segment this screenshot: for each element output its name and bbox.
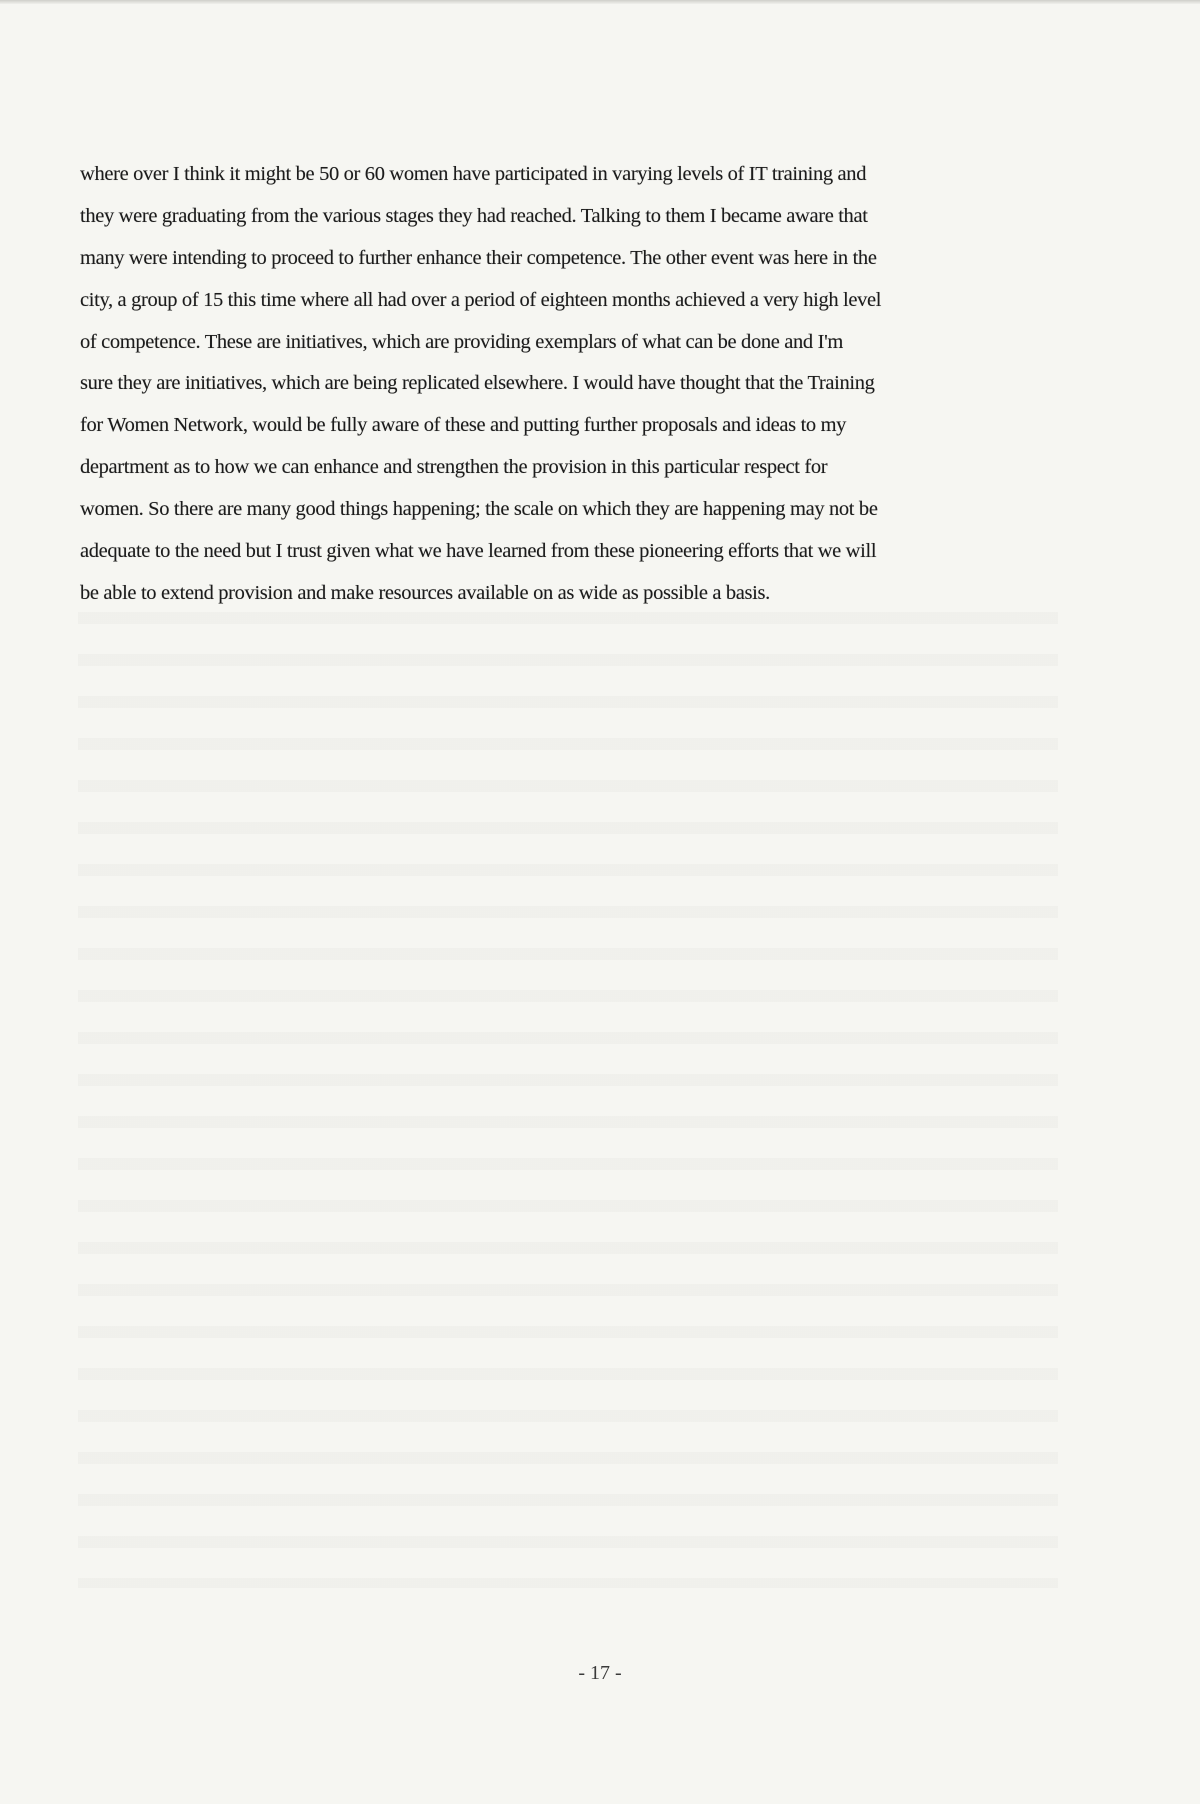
- page-number: - 17 -: [0, 1662, 1200, 1685]
- text-line: for Women Network, would be fully aware …: [80, 409, 1060, 451]
- text-line: be able to extend provision and make res…: [80, 577, 1060, 619]
- body-text: where over I think it might be 50 or 60 …: [80, 158, 1060, 619]
- text-line: women. So there are many good things hap…: [80, 493, 1060, 535]
- text-line: of competence. These are initiatives, wh…: [80, 326, 1060, 368]
- text-line: sure they are initiatives, which are bei…: [80, 367, 1060, 409]
- scan-top-edge: [0, 0, 1200, 4]
- text-line: adequate to the need but I trust given w…: [80, 535, 1060, 577]
- text-line: where over I think it might be 50 or 60 …: [80, 158, 1060, 200]
- text-line: many were intending to proceed to furthe…: [80, 242, 1060, 284]
- text-line: city, a group of 15 this time where all …: [80, 284, 1060, 326]
- show-through-text: [78, 588, 1058, 1588]
- text-line: department as to how we can enhance and …: [80, 451, 1060, 493]
- text-line: they were graduating from the various st…: [80, 200, 1060, 242]
